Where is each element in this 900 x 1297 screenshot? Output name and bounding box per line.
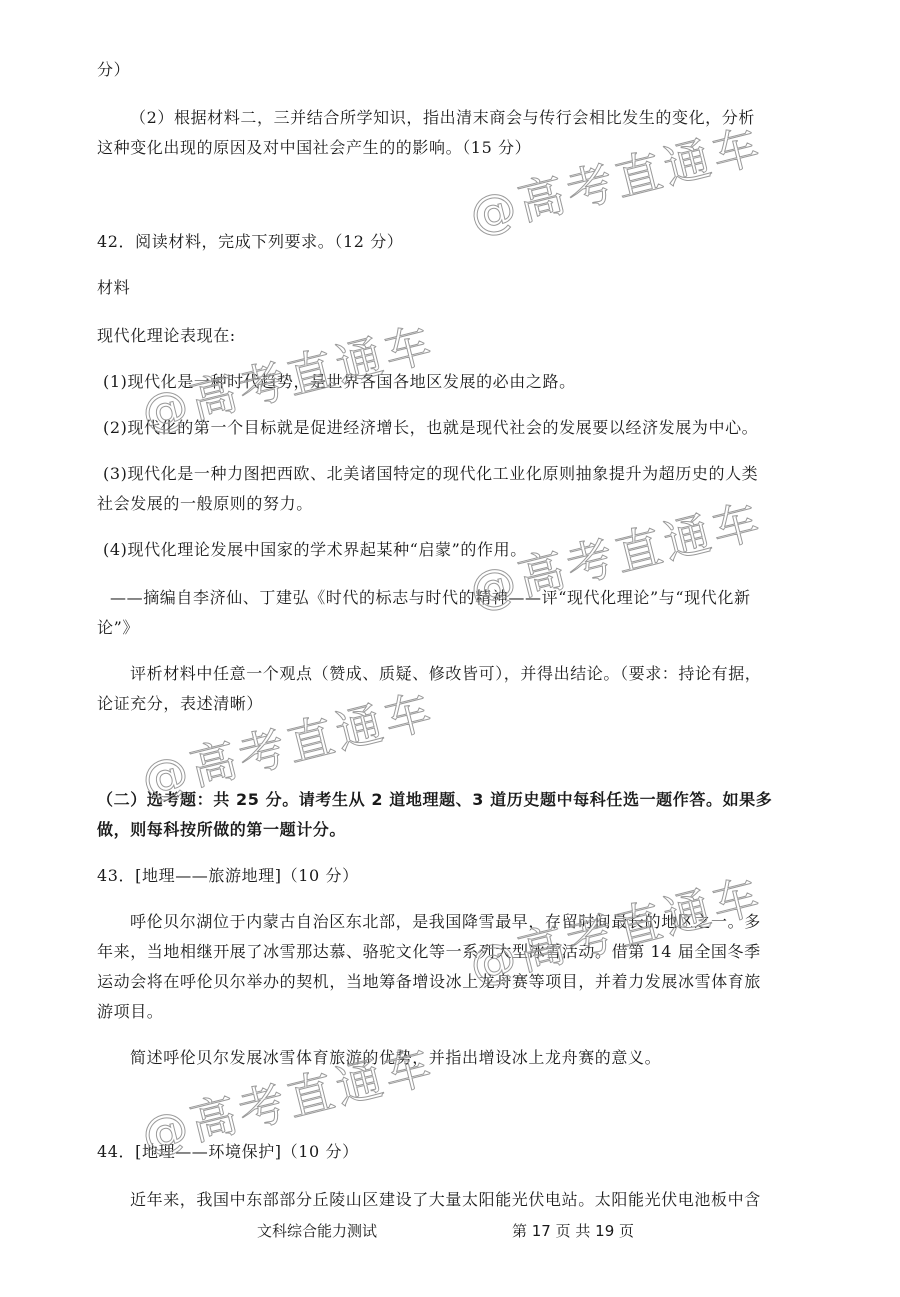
material-label: 材料	[97, 278, 130, 298]
text-line: 现代化理论表现在:	[97, 326, 236, 346]
text-line: 论证充分，表述清晰）	[97, 694, 263, 714]
question-43-prompt: 简述呼伦贝尔发展冰雪体育旅游的优势，并指出增设冰上龙舟赛的意义。	[130, 1048, 661, 1068]
material-point-2: (2)现代化的第一个目标就是促进经济增长，也就是现代社会的发展要以经济发展为中心…	[103, 418, 758, 438]
material-point-1: (1)现代化是一种时代趋势，是世界各国各地区发展的必由之路。	[103, 372, 576, 392]
watermark: @高考直通车	[462, 109, 769, 246]
question-42-prompt: 评析材料中任意一个观点（赞成、质疑、修改皆可），并得出结论。（要求：持论有据，	[130, 664, 761, 684]
text-line: 这种变化出现的原因及对中国社会产生的的影响。（15 分）	[97, 138, 531, 158]
text-line: 社会发展的一般原则的努力。	[97, 494, 313, 514]
question-42-heading: 42．阅读材料，完成下列要求。（12 分）	[97, 232, 403, 252]
text-line: 年来，当地相继开展了冰雪那达慕、骆驼文化等一系列大型冰雪活动。借第 14 届全国…	[97, 942, 761, 962]
question-41-2: （2）根据材料二，三并结合所学知识，指出清末商会与传行会相比发生的变化，分析	[130, 108, 755, 128]
text-line: 运动会将在呼伦贝尔举办的契机，当地筹备增设冰上龙舟赛等项目，并着力发展冰雪体育旅	[97, 972, 761, 992]
text-line: 分）	[97, 60, 130, 80]
text-line: 做，则每科按所做的第一题计分。	[97, 820, 346, 840]
question-43-material: 呼伦贝尔湖位于内蒙古自治区东北部，是我国降雪最早，存留时间最长的地区之一。多	[130, 912, 761, 932]
text-line: 游项目。	[97, 1002, 163, 1022]
question-44-heading: 44．[地理——环境保护]（10 分）	[97, 1142, 359, 1162]
material-point-3: (3)现代化是一种力图把西欧、北美诸国特定的现代化工业化原则抽象提升为超历史的人…	[103, 464, 758, 484]
section-2-instructions: （二）选考题：共 25 分。请考生从 2 道地理题、3 道历史题中每科任选一题作…	[97, 790, 772, 810]
text-line: 论”》	[97, 618, 139, 638]
footer-page-number: 第 17 页 共 19 页	[512, 1220, 634, 1241]
source-citation: ——摘编自李济仙、丁建弘《时代的标志与时代的精神——评“现代化理论”与“现代化新	[110, 588, 751, 608]
footer-exam-title: 文科综合能力测试	[257, 1220, 377, 1241]
question-43-heading: 43．[地理——旅游地理]（10 分）	[97, 866, 359, 886]
question-44-material: 近年来，我国中东部部分丘陵山区建设了大量太阳能光伏电站。太阳能光伏电池板中含	[130, 1190, 761, 1210]
material-point-4: (4)现代化理论发展中国家的学术界起某种“启蒙”的作用。	[103, 540, 527, 560]
